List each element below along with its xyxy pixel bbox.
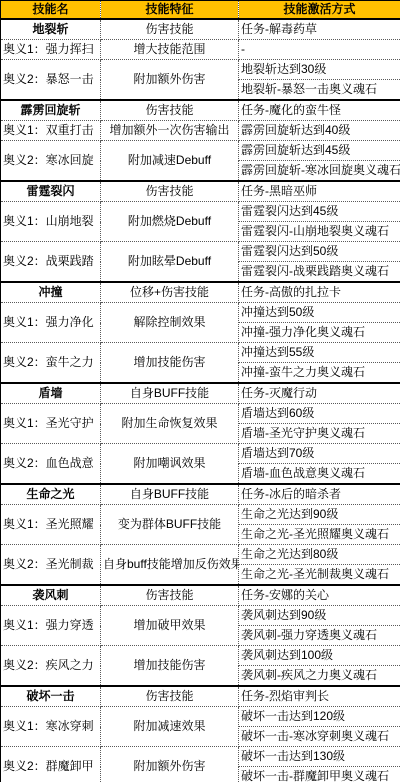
skill-activation-cell: 任务-高傲的扎拉卡 [239, 282, 400, 303]
arcana-name-cell: 奥义1：强力净化 [1, 303, 101, 343]
skill-activation-cell: 任务-安娜的关心 [239, 585, 400, 606]
skill-type-cell: 位移+伤害技能 [101, 282, 239, 303]
unlock-cell: 冲撞-强力净化奥义魂石 [239, 323, 400, 343]
arcana-name-cell: 奥义1：圣光守护 [1, 404, 101, 444]
unlock-cell: 冲撞-蛮牛之力奥义魂石 [239, 363, 400, 384]
unlock-cell: 袭风刺-疾风之力奥义魂石 [239, 666, 400, 687]
arcana-row: 奥义1：强力穿透 增加破甲效果 袭风刺达到90级 [1, 606, 400, 626]
arcana-effect-cell: 附加嘲讽效果 [101, 444, 239, 485]
unlock-cell: 袭风刺达到100级 [239, 646, 400, 666]
skill-activation-cell: 任务-魔化的蛮牛怪 [239, 100, 400, 121]
skill-type-cell: 伤害技能 [101, 585, 239, 606]
arcana-name-cell: 奥义2：疾风之力 [1, 646, 101, 687]
unlock-cell: 盾墙达到70级 [239, 444, 400, 464]
page: 技能名 技能特征 技能激活方式 地裂斩 伤害技能 任务-解毒药草 奥义1：强力挥… [0, 0, 400, 782]
skill-row: 霹雳回旋斩 伤害技能 任务-魔化的蛮牛怪 [1, 100, 400, 121]
skill-name-cell: 生命之光 [1, 484, 101, 505]
arcana-effect-cell: 解除控制效果 [101, 303, 239, 343]
skill-activation-cell: 任务-解毒药草 [239, 19, 400, 40]
arcana-effect-cell: 增加技能伤害 [101, 343, 239, 384]
skill-section: 雷霆裂闪 伤害技能 任务-黑暗巫师 奥义1：山崩地裂 附加燃烧Debuff 雷霆… [1, 181, 400, 282]
skill-name-cell: 地裂斩 [1, 19, 101, 40]
skill-row: 地裂斩 伤害技能 任务-解毒药草 [1, 19, 400, 40]
unlock-cell: 雷霆裂闪-山崩地裂奥义魂石 [239, 222, 400, 242]
arcana-name-cell: 奥义1：山崩地裂 [1, 202, 101, 242]
unlock-cell: 破坏一击-寒冰穿刺奥义魂石 [239, 727, 400, 747]
skill-type-cell: 伤害技能 [101, 686, 239, 707]
skill-activation-cell: 任务-黑暗巫师 [239, 181, 400, 202]
arcana-effect-cell: 附加燃烧Debuff [101, 202, 239, 242]
unlock-cell: 破坏一击达到130级 [239, 747, 400, 767]
header-cell-skill-activation: 技能激活方式 [239, 1, 400, 20]
arcana-row: 奥义2：圣光制裁 自身buff技能增加反伤效果 生命之光达到80级 [1, 545, 400, 565]
skill-type-cell: 自身BUFF技能 [101, 484, 239, 505]
table-header: 技能名 技能特征 技能激活方式 [1, 1, 400, 20]
skill-type-cell: 伤害技能 [101, 181, 239, 202]
unlock-cell: 破坏一击-群魔卸甲奥义魂石 [239, 767, 400, 782]
unlock-cell: 生命之光达到90级 [239, 505, 400, 525]
skill-type-cell: 伤害技能 [101, 19, 239, 40]
skill-row: 生命之光 自身BUFF技能 任务-冰后的暗杀者 [1, 484, 400, 505]
skill-row: 盾墙 自身BUFF技能 任务-灭魔行动 [1, 383, 400, 404]
arcana-effect-cell: 增加技能伤害 [101, 646, 239, 687]
unlock-cell: 生命之光-圣光照耀奥义魂石 [239, 525, 400, 545]
arcana-name-cell: 奥义2：群魔卸甲 [1, 747, 101, 782]
arcana-effect-cell: 自身buff技能增加反伤效果 [101, 545, 239, 586]
arcana-row: 奥义2：暴怒一击 附加额外伤害 地裂斩达到30级 [1, 60, 400, 80]
unlock-cell: 地裂斩达到30级 [239, 60, 400, 80]
arcana-name-cell: 奥义1：强力穿透 [1, 606, 101, 646]
skill-section: 袭风刺 伤害技能 任务-安娜的关心 奥义1：强力穿透 增加破甲效果 袭风刺达到9… [1, 585, 400, 686]
arcana-row: 奥义1：双重打击 增加额外一次伤害输出 霹雳回旋斩达到40级 [1, 121, 400, 141]
arcana-row: 奥义2：血色战意 附加嘲讽效果 盾墙达到70级 [1, 444, 400, 464]
unlock-cell: 冲撞达到50级 [239, 303, 400, 323]
arcana-name-cell: 奥义2：血色战意 [1, 444, 101, 485]
arcana-name-cell: 奥义1：寒冰穿刺 [1, 707, 101, 747]
arcana-name-cell: 奥义2：暴怒一击 [1, 60, 101, 101]
arcana-row: 奥义2：群魔卸甲 附加额外伤害 破坏一击达到130级 [1, 747, 400, 767]
header-cell-skill-feature: 技能特征 [101, 1, 239, 20]
skill-row: 冲撞 位移+伤害技能 任务-高傲的扎拉卡 [1, 282, 400, 303]
arcana-row: 奥义2：疾风之力 增加技能伤害 袭风刺达到100级 [1, 646, 400, 666]
skill-section: 生命之光 自身BUFF技能 任务-冰后的暗杀者 奥义1：圣光照耀 变为群体BUF… [1, 484, 400, 585]
unlock-cell: 霹雳回旋斩-寒冰回旋奥义魂石 [239, 161, 400, 182]
skill-section: 霹雳回旋斩 伤害技能 任务-魔化的蛮牛怪 奥义1：双重打击 增加额外一次伤害输出… [1, 100, 400, 181]
unlock-cell: 霹雳回旋斩达到45级 [239, 141, 400, 161]
arcana-name-cell: 奥义1：双重打击 [1, 121, 101, 141]
arcana-effect-cell: 附加减速Debuff [101, 141, 239, 182]
skill-activation-cell: 任务-烈焰审判长 [239, 686, 400, 707]
arcana-name-cell: 奥义2：圣光制裁 [1, 545, 101, 586]
arcana-name-cell: 奥义2：蛮牛之力 [1, 343, 101, 384]
arcana-effect-cell: 附加减速效果 [101, 707, 239, 747]
arcana-name-cell: 奥义2：寒冰回旋 [1, 141, 101, 182]
skill-type-cell: 伤害技能 [101, 100, 239, 121]
skill-section: 破坏一击 伤害技能 任务-烈焰审判长 奥义1：寒冰穿刺 附加减速效果 破坏一击达… [1, 686, 400, 782]
skill-row: 雷霆裂闪 伤害技能 任务-黑暗巫师 [1, 181, 400, 202]
arcana-row: 奥义1：强力净化 解除控制效果 冲撞达到50级 [1, 303, 400, 323]
unlock-cell: 地裂斩-暴怒一击奥义魂石 [239, 80, 400, 101]
arcana-row: 奥义2：寒冰回旋 附加减速Debuff 霹雳回旋斩达到45级 [1, 141, 400, 161]
skill-section: 盾墙 自身BUFF技能 任务-灭魔行动 奥义1：圣光守护 附加生命恢复效果 盾墙… [1, 383, 400, 484]
arcana-row: 奥义2：战栗践踏 附加眩晕Debuff 雷霆裂闪达到50级 [1, 242, 400, 262]
skill-activation-cell: 任务-冰后的暗杀者 [239, 484, 400, 505]
arcana-effect-cell: 增大技能范围 [101, 40, 239, 60]
skills-table: 技能名 技能特征 技能激活方式 地裂斩 伤害技能 任务-解毒药草 奥义1：强力挥… [0, 0, 400, 782]
skill-row: 袭风刺 伤害技能 任务-安娜的关心 [1, 585, 400, 606]
unlock-cell: 冲撞达到55级 [239, 343, 400, 363]
unlock-cell: 生命之光达到80级 [239, 545, 400, 565]
skill-name-cell: 袭风刺 [1, 585, 101, 606]
unlock-cell: - [239, 40, 400, 60]
unlock-cell: 盾墙-血色战意奥义魂石 [239, 464, 400, 485]
skill-type-cell: 自身BUFF技能 [101, 383, 239, 404]
header-row: 技能名 技能特征 技能激活方式 [1, 1, 400, 20]
unlock-cell: 霹雳回旋斩达到40级 [239, 121, 400, 141]
unlock-cell: 雷霆裂闪达到50级 [239, 242, 400, 262]
arcana-row: 奥义1：强力挥扫 增大技能范围 - [1, 40, 400, 60]
skill-name-cell: 霹雳回旋斩 [1, 100, 101, 121]
unlock-cell: 袭风刺-强力穿透奥义魂石 [239, 626, 400, 646]
skill-section: 冲撞 位移+伤害技能 任务-高傲的扎拉卡 奥义1：强力净化 解除控制效果 冲撞达… [1, 282, 400, 383]
skill-name-cell: 盾墙 [1, 383, 101, 404]
unlock-cell: 盾墙-圣光守护奥义魂石 [239, 424, 400, 444]
unlock-cell: 雷霆裂闪-战栗践踏奥义魂石 [239, 262, 400, 283]
arcana-row: 奥义1：山崩地裂 附加燃烧Debuff 雷霆裂闪达到45级 [1, 202, 400, 222]
unlock-cell: 雷霆裂闪达到45级 [239, 202, 400, 222]
unlock-cell: 袭风刺达到90级 [239, 606, 400, 626]
arcana-effect-cell: 增加额外一次伤害输出 [101, 121, 239, 141]
unlock-cell: 生命之光-圣光制裁奥义魂石 [239, 565, 400, 586]
arcana-name-cell: 奥义2：战栗践踏 [1, 242, 101, 283]
skill-name-cell: 雷霆裂闪 [1, 181, 101, 202]
arcana-row: 奥义1：寒冰穿刺 附加减速效果 破坏一击达到120级 [1, 707, 400, 727]
unlock-cell: 破坏一击达到120级 [239, 707, 400, 727]
arcana-name-cell: 奥义1：强力挥扫 [1, 40, 101, 60]
arcana-effect-cell: 附加额外伤害 [101, 60, 239, 101]
skill-name-cell: 破坏一击 [1, 686, 101, 707]
arcana-row: 奥义1：圣光照耀 变为群体BUFF技能 生命之光达到90级 [1, 505, 400, 525]
arcana-effect-cell: 附加眩晕Debuff [101, 242, 239, 283]
skill-activation-cell: 任务-灭魔行动 [239, 383, 400, 404]
unlock-cell: 盾墙达到60级 [239, 404, 400, 424]
arcana-effect-cell: 附加生命恢复效果 [101, 404, 239, 444]
header-cell-skill-name: 技能名 [1, 1, 101, 20]
skill-section: 地裂斩 伤害技能 任务-解毒药草 奥义1：强力挥扫 增大技能范围 - 奥义2：暴… [1, 19, 400, 100]
arcana-effect-cell: 增加破甲效果 [101, 606, 239, 646]
skill-row: 破坏一击 伤害技能 任务-烈焰审判长 [1, 686, 400, 707]
arcana-effect-cell: 变为群体BUFF技能 [101, 505, 239, 545]
arcana-name-cell: 奥义1：圣光照耀 [1, 505, 101, 545]
arcana-row: 奥义2：蛮牛之力 增加技能伤害 冲撞达到55级 [1, 343, 400, 363]
arcana-row: 奥义1：圣光守护 附加生命恢复效果 盾墙达到60级 [1, 404, 400, 424]
arcana-effect-cell: 附加额外伤害 [101, 747, 239, 782]
skill-name-cell: 冲撞 [1, 282, 101, 303]
